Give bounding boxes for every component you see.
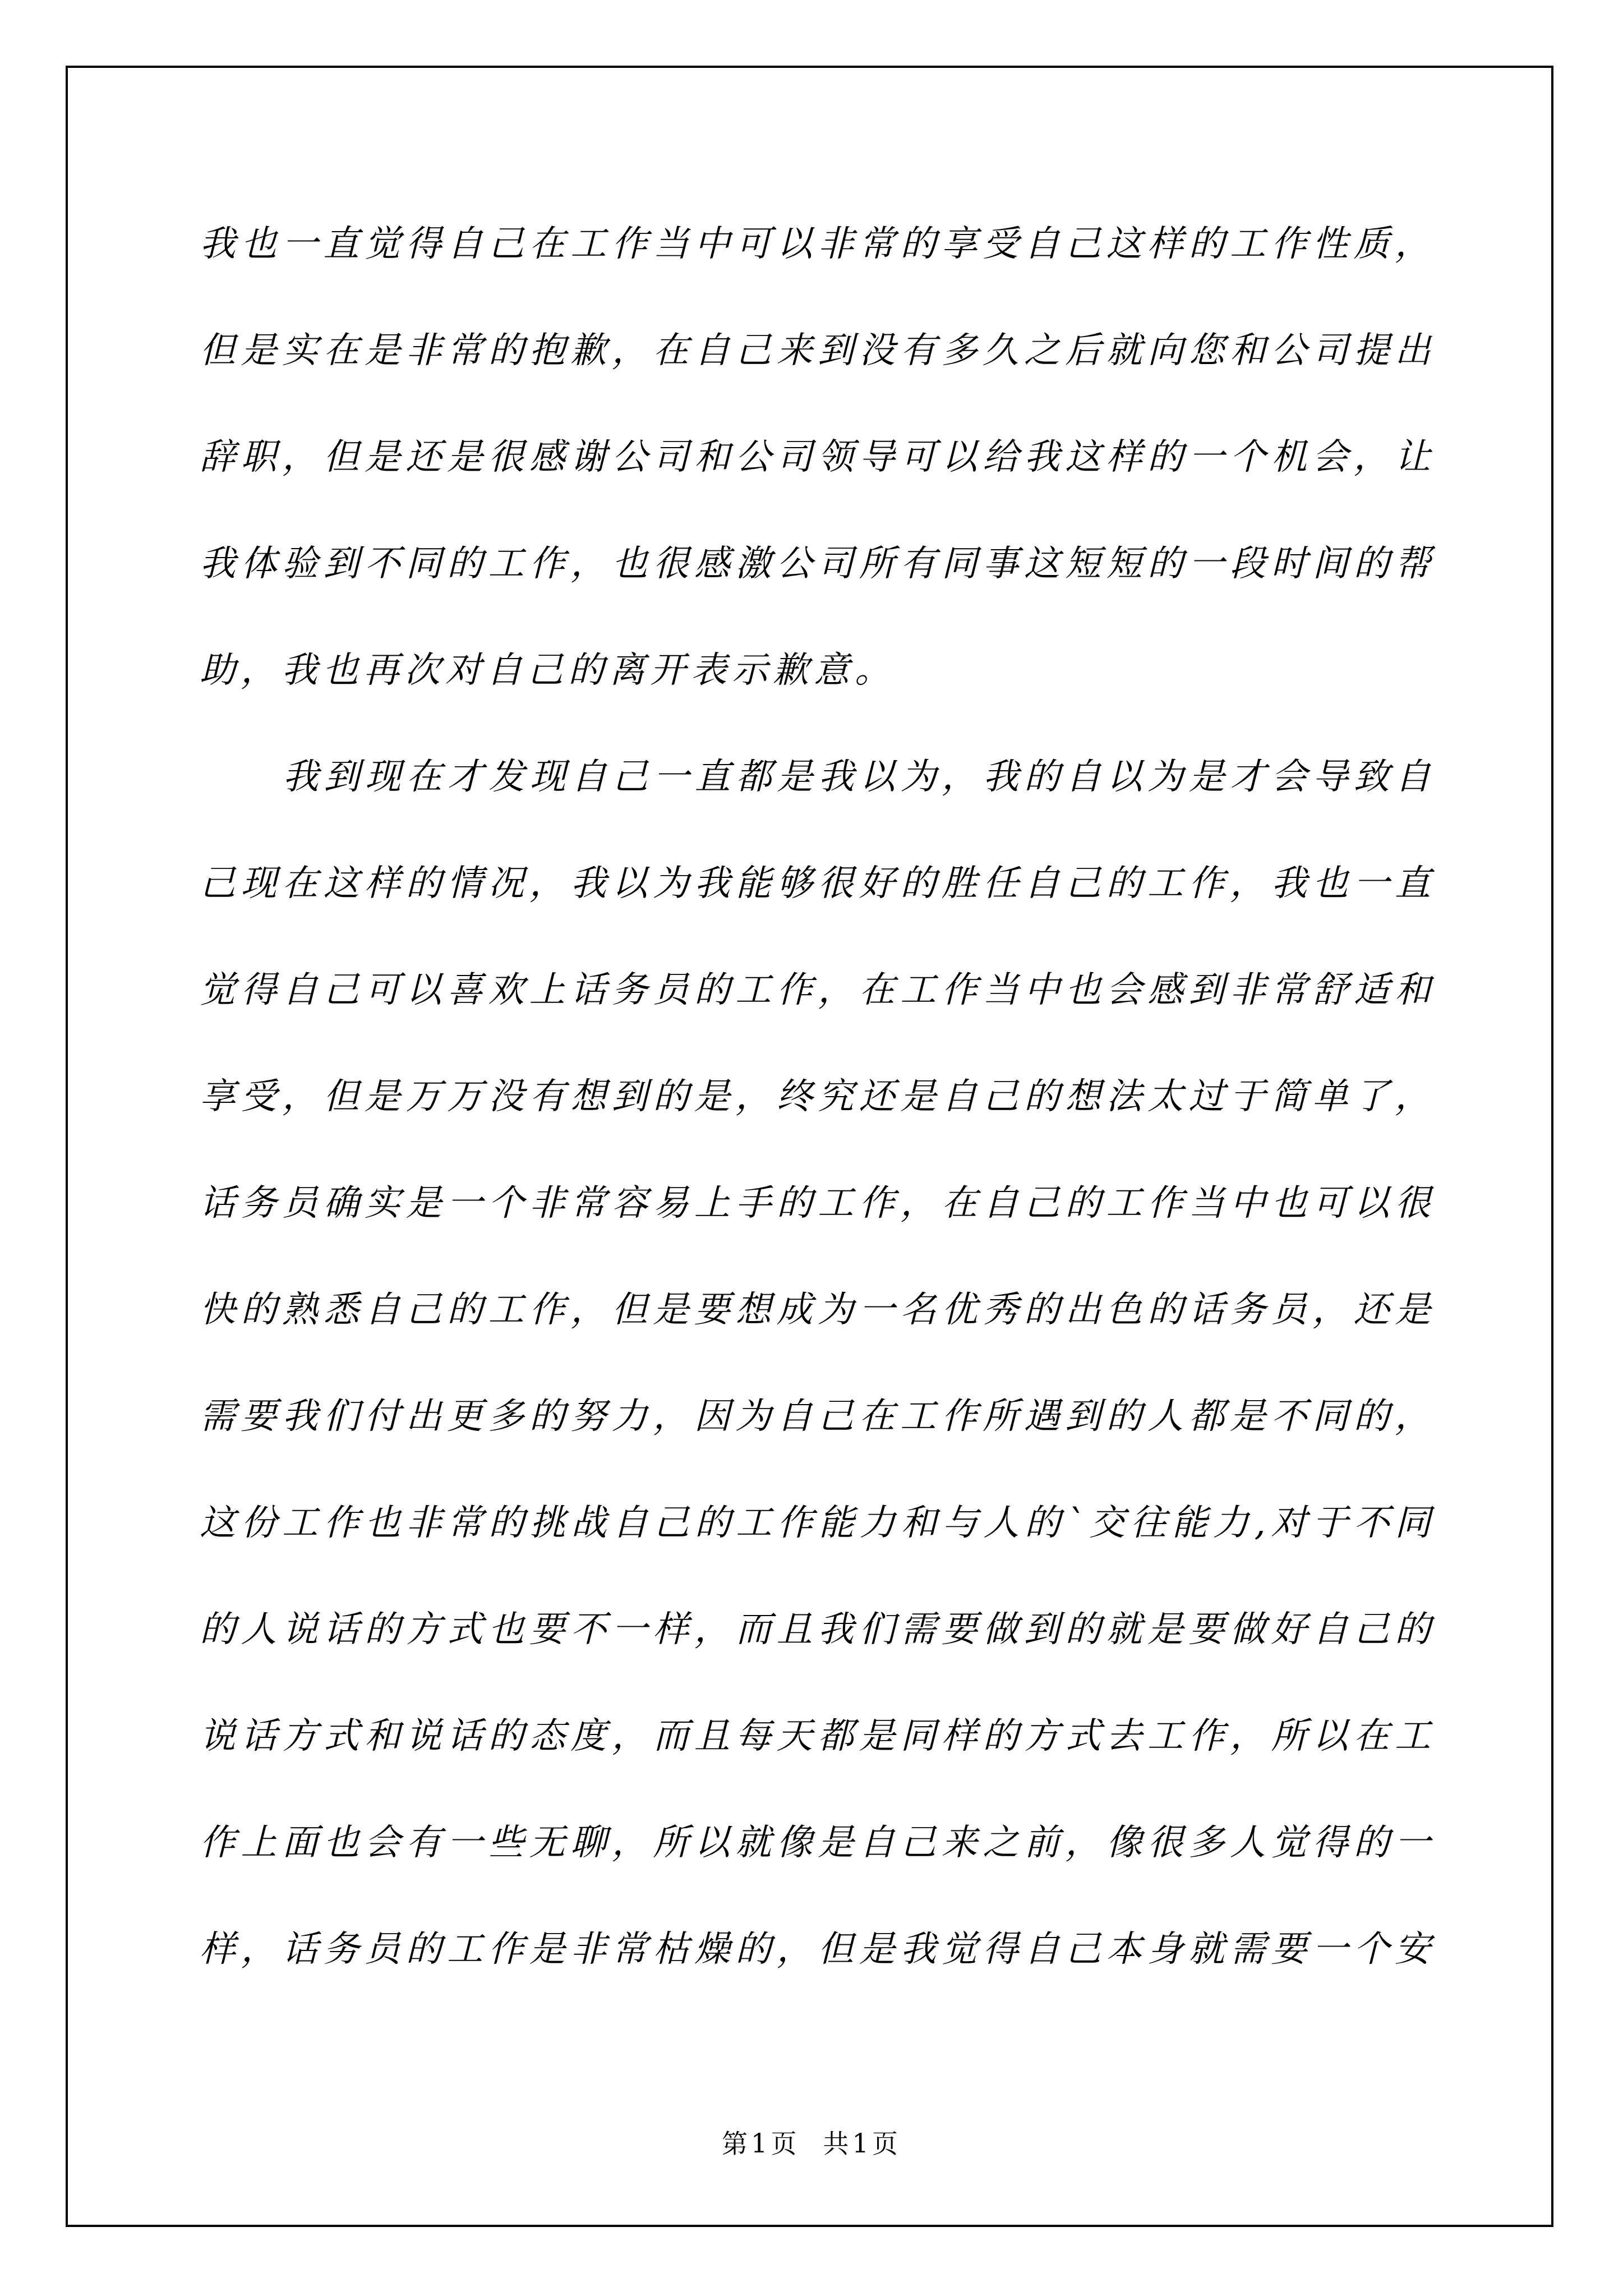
text-line: 觉得自己可以喜欢上话务员的工作，在工作当中也会感到非常舒适和	[200, 937, 1436, 1043]
text-line: 需要我们付出更多的努力，因为自己在工作所遇到的人都是不同的，	[200, 1363, 1436, 1470]
text-line: 我也一直觉得自己在工作当中可以非常的享受自己这样的工作性质，	[200, 191, 1436, 297]
document-body: 我也一直觉得自己在工作当中可以非常的享受自己这样的工作性质， 但是实在是非常的抱…	[200, 191, 1436, 2003]
text-line: 的人说话的方式也要不一样，而且我们需要做到的就是要做好自己的	[200, 1576, 1436, 1683]
text-line: 作上面也会有一些无聊，所以就像是自己来之前，像很多人觉得的一	[200, 1789, 1436, 1896]
text-line: 快的熟悉自己的工作，但是要想成为一名优秀的出色的话务员，还是	[200, 1257, 1436, 1363]
text-line: 说话方式和说话的态度，而且每天都是同样的方式去工作，所以在工	[200, 1683, 1436, 1789]
text-line: 话务员确实是一个非常容易上手的工作，在自己的工作当中也可以很	[200, 1150, 1436, 1257]
text-line: 但是实在是非常的抱歉，在自己来到没有多久之后就向您和公司提出	[200, 297, 1436, 404]
text-line: 我到现在才发现自己一直都是我以为，我的自以为是才会导致自	[200, 724, 1436, 830]
text-line: 助，我也再次对自己的离开表示歉意。	[200, 617, 1436, 724]
text-line: 辞职，但是还是很感谢公司和公司领导可以给我这样的一个机会，让	[200, 404, 1436, 510]
text-line: 我体验到不同的工作，也很感激公司所有同事这短短的一段时间的帮	[200, 510, 1436, 617]
text-line: 样，话务员的工作是非常枯燥的，但是我觉得自己本身就需要一个安	[200, 1896, 1436, 2003]
page-number-indicator: 第1页 共1页	[722, 2128, 901, 2159]
text-line: 享受，但是万万没有想到的是，终究还是自己的想法太过于简单了，	[200, 1043, 1436, 1150]
text-line: 这份工作也非常的挑战自己的工作能力和与人的`交往能力,对于不同	[200, 1470, 1436, 1576]
text-line: 己现在这样的情况，我以为我能够很好的胜任自己的工作，我也一直	[200, 830, 1436, 937]
page-footer: 第1页 共1页	[0, 2123, 1623, 2160]
